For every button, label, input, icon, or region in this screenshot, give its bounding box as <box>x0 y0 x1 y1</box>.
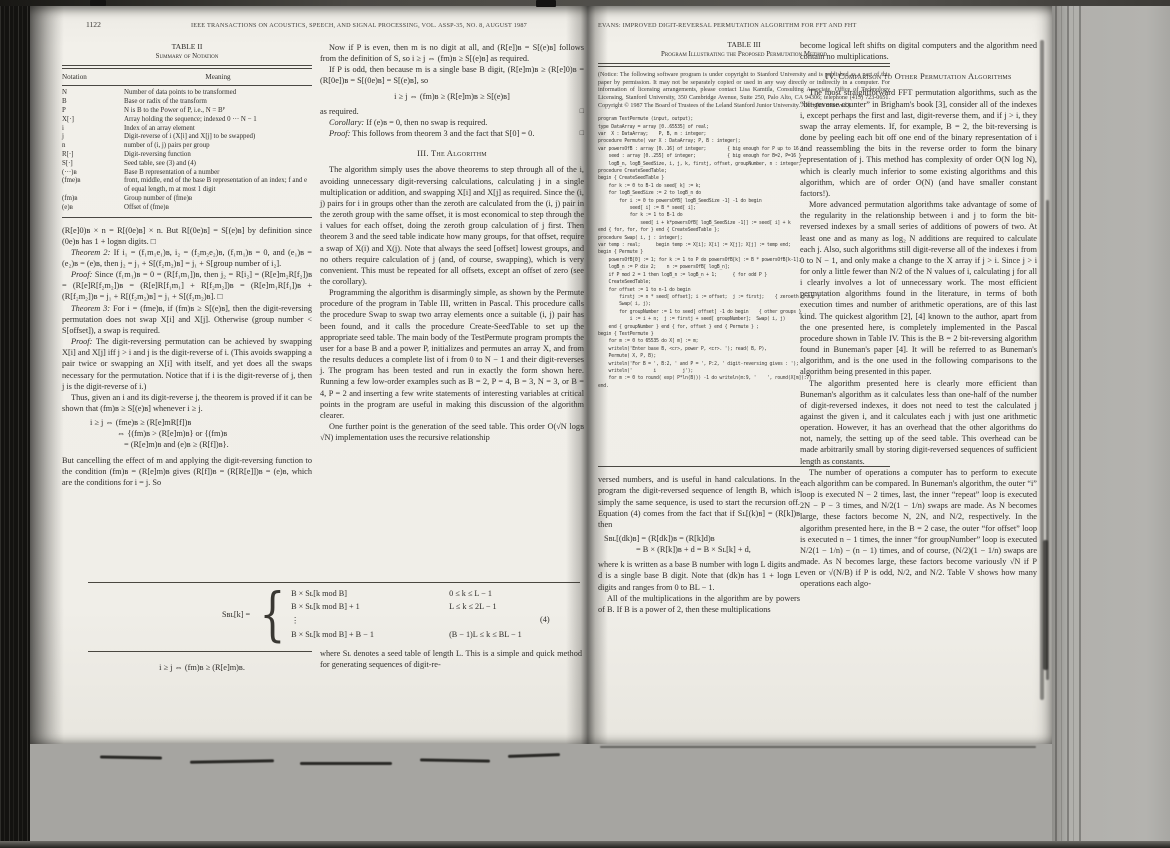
corollary-paragraph: Corollary: If (e)ʙ = 0, then no swap is … <box>320 117 584 128</box>
notation-cell: P <box>62 107 124 116</box>
paragraph: Thus, given an i and its digit-reverse j… <box>62 392 312 414</box>
condition-cell: 0 ≤ k ≤ L − 1 <box>449 587 522 601</box>
notation-cell: B <box>62 98 124 107</box>
paragraph: Programming the algorithm is disarmingly… <box>320 287 584 421</box>
formula-cell: ⋮ <box>291 614 439 628</box>
equation-4-rows: B × Sʟ[k mod B] 0 ≤ k ≤ L − 1 B × Sʟ[k m… <box>291 587 522 641</box>
book-spine <box>0 0 30 848</box>
paragraph: Now if P is even, then m is no digit at … <box>320 42 584 64</box>
page-bottom-shadow <box>600 746 1036 748</box>
table-row: (fme)ʙ front, middle, end of the base B … <box>62 177 312 195</box>
theorem-2-paragraph: Theorem 2: If i₁ = (f₁m₁e₁)ʙ, i₂ = (f₂m₂… <box>62 247 312 269</box>
notation-cell: n <box>62 142 124 151</box>
meaning-cell: Seed table, see (3) and (4) <box>124 160 312 169</box>
page-bottom-shadow <box>100 755 162 759</box>
table-row: N Number of data points to be transforme… <box>62 89 312 98</box>
left-page-column-2: Now if P is even, then m is no digit at … <box>320 42 584 443</box>
section-heading-4: IV. Comparison to Other Permutation Algo… <box>800 71 1037 82</box>
notation-cell: (···)ʙ <box>62 169 124 178</box>
qed-box: □ <box>571 128 584 139</box>
ink-mark <box>90 0 106 6</box>
paragraph: (R[e]0)ʙ × n = R[(0e)ʙ] × n. But R[(0e)ʙ… <box>62 225 312 247</box>
paragraph: But cancelling the effect of m and apply… <box>62 455 312 488</box>
paragraph: All of the multiplications in the algori… <box>598 593 800 615</box>
table-2-rows: N Number of data points to be transforme… <box>62 86 312 216</box>
right-page-column-2: become logical left shifts on digital co… <box>800 40 1037 590</box>
notation-cell: N <box>62 89 124 98</box>
left-page-column-1: TABLE II Summary of Notation Notation Me… <box>62 42 312 488</box>
page-bottom-shadow <box>420 758 490 762</box>
right-running-header: EVANS: IMPROVED DIGIT-REVERSAL PERMUTATI… <box>598 22 918 29</box>
notation-cell: (fme)ʙ <box>62 177 124 195</box>
table-row: (···)ʙ Base B representation of a number <box>62 169 312 178</box>
equation-4-number: (4) <box>540 614 570 625</box>
scanner-top-edge <box>0 0 1170 6</box>
table-row: (e)ʙ Offset of (fme)ʙ <box>62 204 312 213</box>
table-row: S[·] Seed table, see (3) and (4) <box>62 160 312 169</box>
paragraph: become logical left shifts on digital co… <box>800 40 1037 62</box>
table-2-header-row: Notation Meaning <box>62 69 312 86</box>
notation-cell: S[·] <box>62 160 124 169</box>
paragraph: versed numbers, and is useful in hand ca… <box>598 474 800 530</box>
section-heading-3: III. The Algorithm <box>320 148 584 159</box>
proof-paragraph: Proof: The digit-reversing permutation c… <box>62 336 312 392</box>
table-row: B Base or radix of the transform <box>62 98 312 107</box>
table-2-col-header-meaning: Meaning <box>124 72 312 83</box>
equation-display: i ≥ j ⇔ (fm)ʙ ≥ (R[e]m)ʙ ≥ S[(e)ʙ] <box>320 91 584 102</box>
table-row: n number of (i, j) pairs per group <box>62 142 312 151</box>
meaning-cell: Array holding the sequence; indexed 0 ··… <box>124 116 312 125</box>
equation-4: Sʙʟ[k] = { B × Sʟ[k mod B] 0 ≤ k ≤ L − 1… <box>222 586 522 642</box>
table-rule-bottom <box>62 217 312 218</box>
equation-area-top-rule <box>88 582 580 583</box>
table-2-col-header-notation: Notation <box>62 72 124 83</box>
paragraph: One further point is the generation of t… <box>320 421 584 443</box>
paragraph: The number of operations a computer has … <box>800 467 1037 590</box>
column-1-lower: versed numbers, and is useful in hand ca… <box>598 474 800 615</box>
proof-paragraph: □Proof: This follows from theorem 3 and … <box>320 128 584 139</box>
notation-cell: i <box>62 125 124 134</box>
paragraph: More advanced permutation algorithms tak… <box>800 199 1037 378</box>
meaning-cell: Group number of (fme)ʙ <box>124 195 312 204</box>
footer-right-paragraph: where Sʟ denotes a seed table of length … <box>320 648 582 670</box>
paragraph: If P is odd, then because m is a single … <box>320 64 584 86</box>
paragraph: The most straightforward FFT permutation… <box>800 87 1037 199</box>
notation-cell: (fm)ʙ <box>62 195 124 204</box>
qed-line: □as required. <box>320 106 584 117</box>
meaning-cell: Number of data points to be transformed <box>124 89 312 98</box>
formula-cell: B × Sʟ[k mod B] <box>291 587 439 601</box>
paragraph: The algorithm simply uses the above theo… <box>320 164 584 287</box>
journal-running-header: IEEE TRANSACTIONS ON ACOUSTICS, SPEECH, … <box>150 22 568 29</box>
page-bottom-shadow <box>190 759 274 763</box>
ink-mark <box>536 0 556 7</box>
table-row: R[·] Digit-reversing function <box>62 151 312 160</box>
meaning-cell: Digit-reverse of i (X[i] and X[j] to be … <box>124 133 312 142</box>
table-2-subtitle: Summary of Notation <box>62 52 312 62</box>
page-bottom-shadow <box>300 762 392 765</box>
table-2-summary-of-notation: TABLE II Summary of Notation Notation Me… <box>62 42 312 218</box>
meaning-cell: front, middle, end of the base B represe… <box>124 177 312 195</box>
scanner-bottom-edge <box>0 841 1170 848</box>
meaning-cell: Digit-reversing function <box>124 151 312 160</box>
table-row: P N is B to the Power of P, i.e., N = Bᴾ <box>62 107 312 116</box>
page-bottom-shadow <box>508 753 560 758</box>
table-row: i Index of an array element <box>62 125 312 134</box>
notation-cell: (e)ʙ <box>62 204 124 213</box>
page-edge-streak <box>1043 540 1048 670</box>
meaning-cell: number of (i, j) pairs per group <box>124 142 312 151</box>
notation-cell: R[·] <box>62 151 124 160</box>
formula-cell: B × Sʟ[k mod B] + 1 <box>291 600 439 614</box>
left-page-number: 1122 <box>86 20 101 29</box>
formula-cell: B × Sʟ[k mod B] + B − 1 <box>291 628 439 642</box>
condition-cell <box>449 614 522 628</box>
meaning-cell: N is B to the Power of P, i.e., N = Bᴾ <box>124 107 312 116</box>
condition-cell: (B − 1)L ≤ k ≤ BL − 1 <box>449 628 522 642</box>
left-brace: { <box>260 586 286 642</box>
condition-cell: L ≤ k ≤ 2L − 1 <box>449 600 522 614</box>
scanned-journal-spread: 1122 IEEE TRANSACTIONS ON ACOUSTICS, SPE… <box>0 0 1170 848</box>
paragraph: where k is written as a base B number wi… <box>598 559 800 592</box>
notation-cell: X[·] <box>62 116 124 125</box>
table-row: j Digit-reverse of i (X[i] and X[j] to b… <box>62 133 312 142</box>
scanner-right-area <box>1052 0 1170 848</box>
theorem-3-paragraph: Theorem 3: For i = (fme)ʙ, if (fm)ʙ ≥ S[… <box>62 303 312 336</box>
footer-equation: i ≥ j ⇔ (fm)ʙ ≥ (R[e]m)ʙ. <box>96 662 308 673</box>
qed-box: □ <box>580 106 584 117</box>
equation-display: Sʙʟ[(dk)ʙ] = (R[dk])ʙ = (R[k]d)ʙ = B × (… <box>598 533 800 555</box>
equation-4-label: Sʙʟ[k] = <box>222 610 250 619</box>
table-row: X[·] Array holding the sequence; indexed… <box>62 116 312 125</box>
meaning-cell: Base B representation of a number <box>124 169 312 178</box>
footnote-rule <box>88 651 312 652</box>
paragraph: The algorithm presented here is clearly … <box>800 378 1037 467</box>
table-row: (fm)ʙ Group number of (fme)ʙ <box>62 195 312 204</box>
meaning-cell: Base or radix of the transform <box>124 98 312 107</box>
meaning-cell: Index of an array element <box>124 125 312 134</box>
notation-cell: j <box>62 133 124 142</box>
proof-paragraph: Proof: Since (f₁m₁)ʙ = 0 = (R[f₁m₁])ʙ, t… <box>62 269 312 302</box>
meaning-cell: Offset of (fme)ʙ <box>124 204 312 213</box>
equation-display: i ≥ j ⇔ (fme)ʙ ≥ (R[e]mR[f])ʙ ⇔ {(fm)ʙ >… <box>62 417 312 450</box>
table-2-title: TABLE II <box>62 42 312 52</box>
